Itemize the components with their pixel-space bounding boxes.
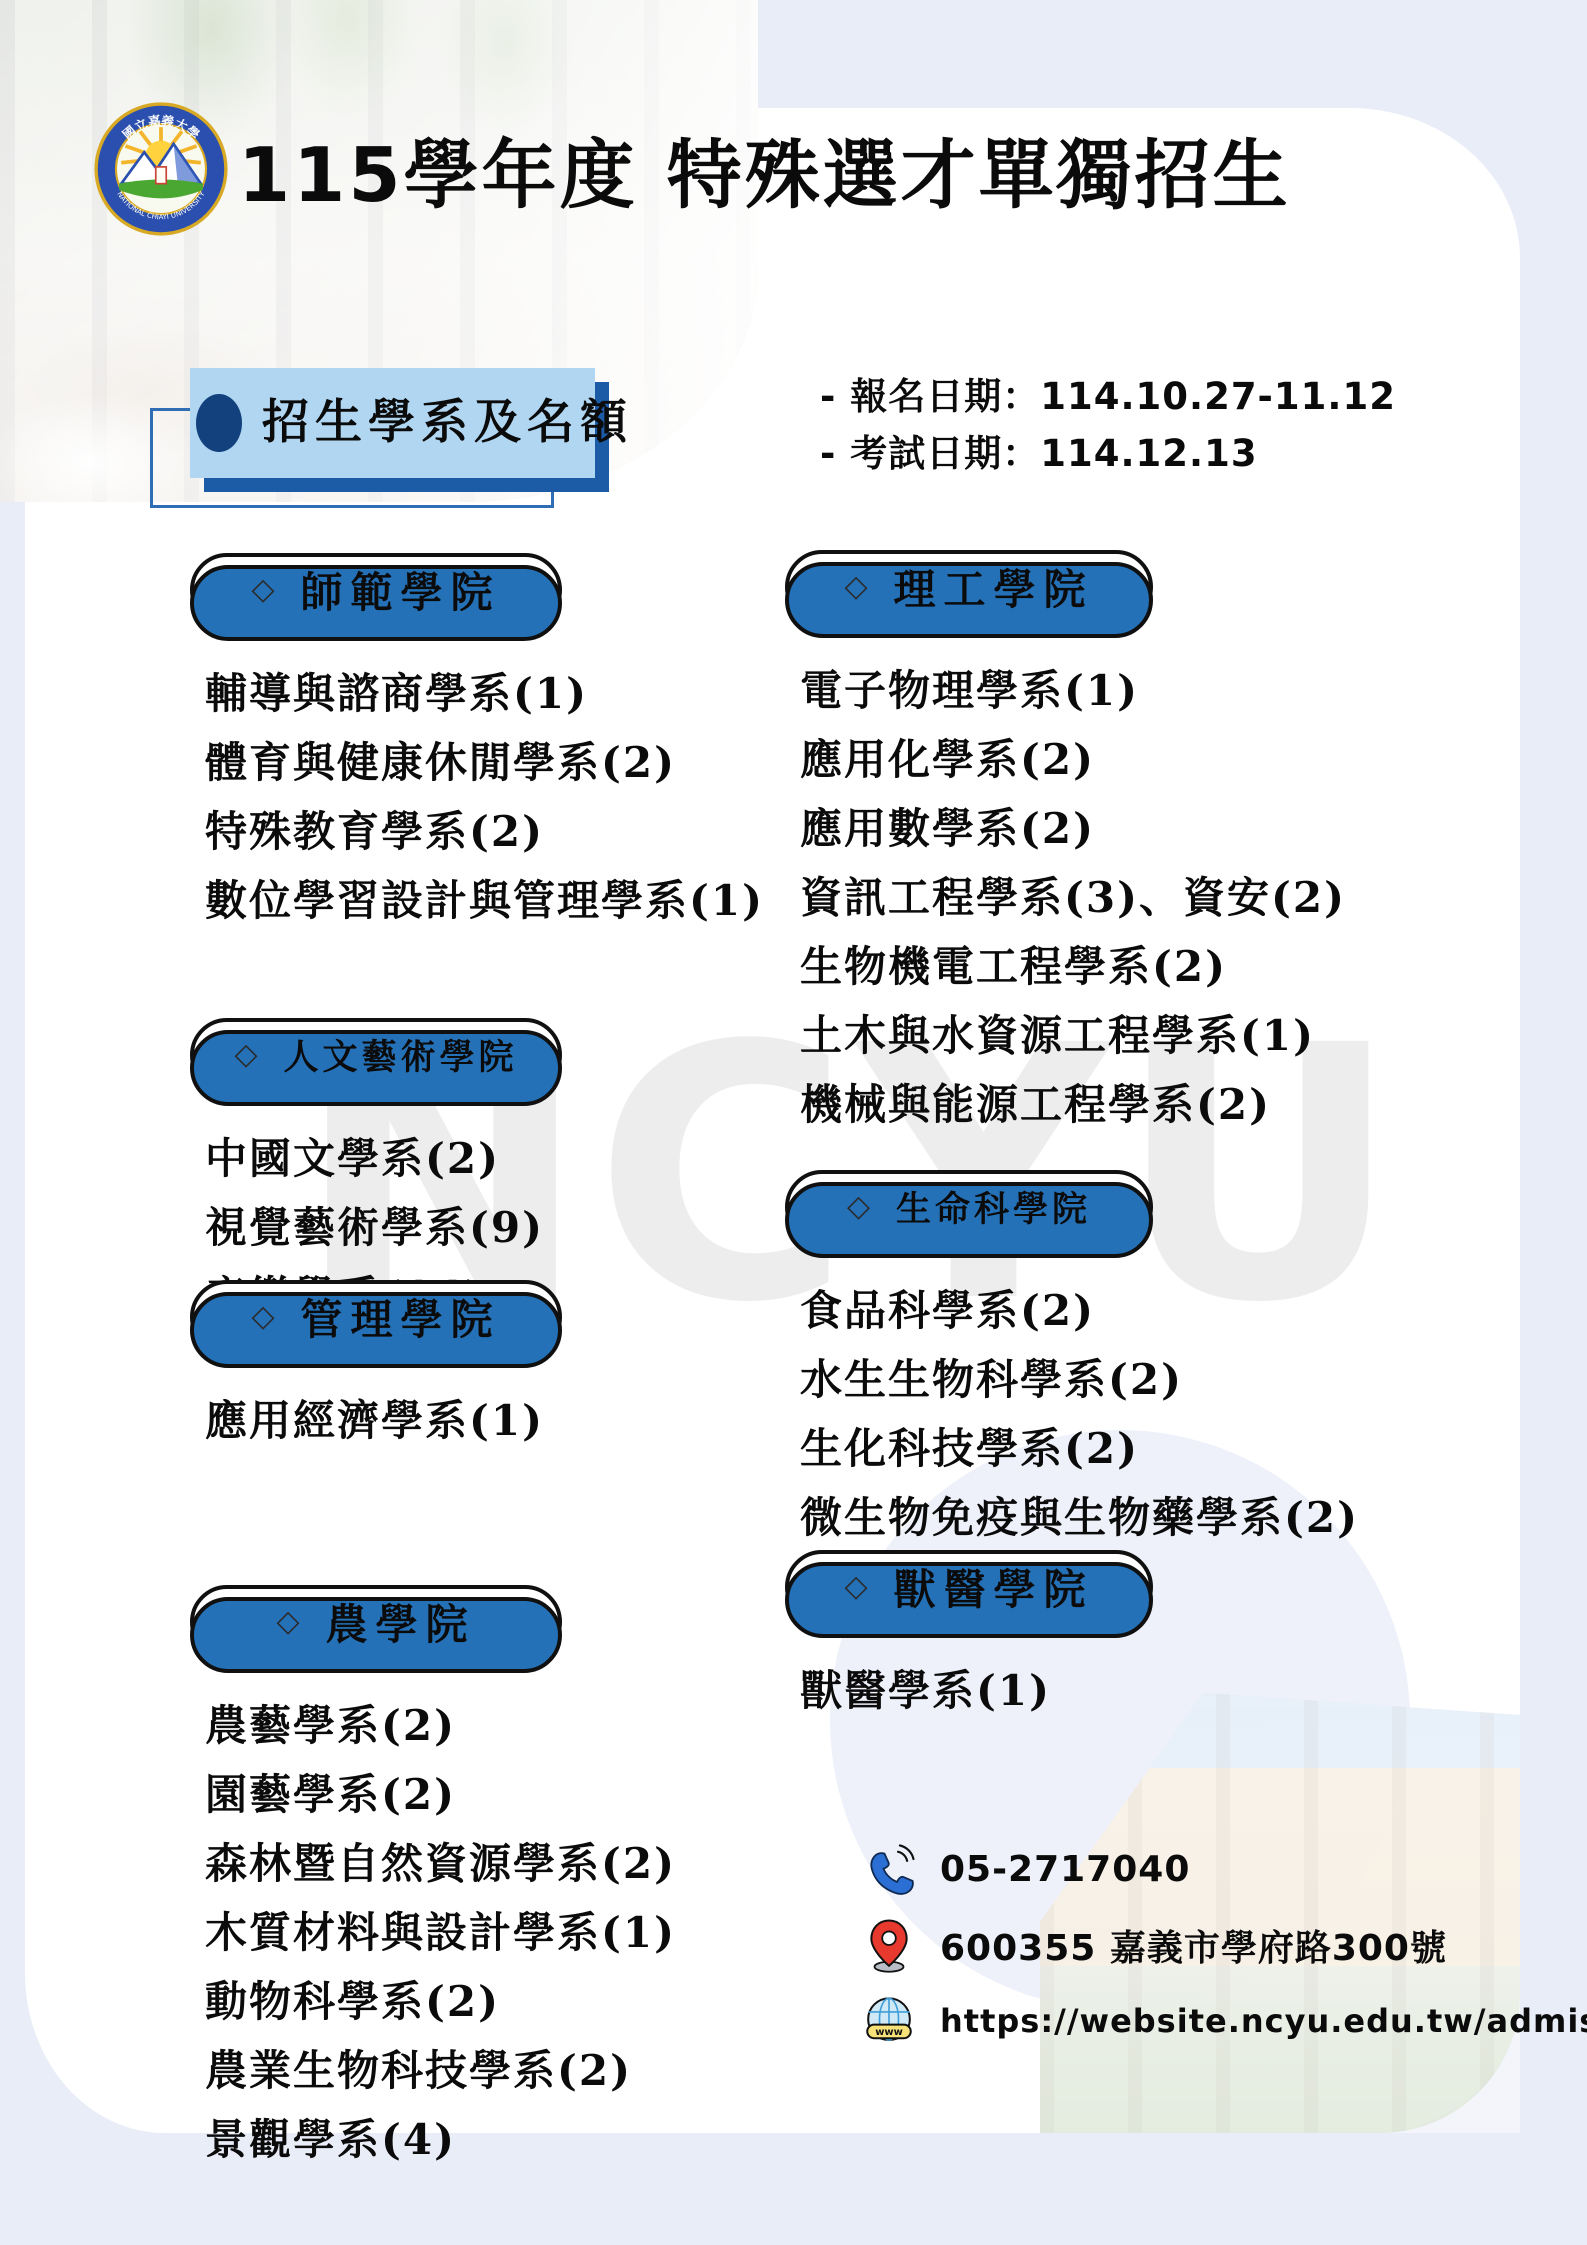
department-item: 土木與水資源工程學系(1) (800, 1001, 1435, 1070)
department-list: 電子物理學系(1)應用化學系(2)應用數學系(2)資訊工程學系(3)、資安(2)… (800, 656, 1435, 1139)
department-item: 機械與能源工程學系(2) (800, 1070, 1435, 1139)
diamond-icon: ◇ (276, 1607, 299, 1637)
department-list: 食品科學系(2)水生生物科學系(2)生化科技學系(2)微生物免疫與生物藥學系(2… (800, 1276, 1435, 1552)
diamond-icon: ◇ (844, 572, 867, 602)
diamond-icon: ◇ (844, 1572, 867, 1602)
department-item: 木質材料與設計學系(1) (205, 1898, 790, 1967)
address-row: 600355 嘉義市學府路300號 (860, 1916, 1587, 1974)
department-item: 特殊教育學系(2) (205, 797, 790, 866)
diamond-icon: ◇ (847, 1192, 870, 1222)
department-item: 生化科技學系(2) (800, 1414, 1435, 1483)
department-list: 農藝學系(2)園藝學系(2)森林暨自然資源學系(2)木質材料與設計學系(1)動物… (205, 1691, 790, 2174)
department-item: 農業生物科技學系(2) (205, 2036, 790, 2105)
college-name: 師範學院 (301, 560, 501, 620)
www-label: www (875, 2027, 903, 2038)
department-item: 水生生物科學系(2) (800, 1345, 1435, 1414)
department-item: 體育與健康休閒學系(2) (205, 728, 790, 797)
college-section: ◇ 生命科學院 食品科學系(2)水生生物科學系(2)生化科技學系(2)微生物免疫… (785, 1170, 1435, 1552)
department-item: 獸醫學系(1) (800, 1656, 1435, 1725)
website-url[interactable]: https://website.ncyu.edu.tw/admission (940, 2002, 1587, 2040)
contact-info: 05-2717040 600355 嘉義市學府路300號 www https:/… (860, 1840, 1587, 2050)
phone-icon (860, 1840, 918, 1898)
address: 600355 嘉義市學府路300號 (940, 1920, 1447, 1971)
college-pill: ◇ 管理學院 (190, 1280, 562, 1354)
dates-block: - 報名日期：114.10.27-11.12 - 考試日期：114.12.13 (820, 368, 1396, 482)
college-section: ◇ 獸醫學院 獸醫學系(1) (785, 1550, 1435, 1725)
department-item: 輔導與諮商學系(1) (205, 659, 790, 728)
college-pill: ◇ 農學院 (190, 1585, 562, 1659)
globe-www-icon: www (860, 1992, 918, 2050)
location-pin-icon (860, 1916, 918, 1974)
department-item: 景觀學系(4) (205, 2105, 790, 2174)
university-seal-icon: 國立嘉義大學 NATIONAL CHIAYI UNIVERSITY (94, 102, 228, 236)
department-item: 園藝學系(2) (205, 1760, 790, 1829)
college-section: ◇ 師範學院 輔導與諮商學系(1)體育與健康休閒學系(2)特殊教育學系(2)數位… (190, 553, 790, 935)
website-row[interactable]: www https://website.ncyu.edu.tw/admissio… (860, 1992, 1587, 2050)
admission-poster: NCYU 國立嘉義大學 NA (0, 0, 1587, 2245)
phone-row: 05-2717040 (860, 1840, 1587, 1898)
diamond-icon: ◇ (251, 1302, 274, 1332)
application-date: - 報名日期：114.10.27-11.12 (820, 368, 1396, 425)
department-item: 應用數學系(2) (800, 794, 1435, 863)
page-title: 115學年度 特殊選才單獨招生 (238, 116, 1291, 223)
section-badge: 招生學系及名額 (190, 368, 595, 478)
college-name: 農學院 (326, 1592, 476, 1652)
college-section: ◇ 農學院 農藝學系(2)園藝學系(2)森林暨自然資源學系(2)木質材料與設計學… (190, 1585, 790, 2174)
department-item: 微生物免疫與生物藥學系(2) (800, 1483, 1435, 1552)
department-item: 電子物理學系(1) (800, 656, 1435, 725)
department-list: 輔導與諮商學系(1)體育與健康休閒學系(2)特殊教育學系(2)數位學習設計與管理… (205, 659, 790, 935)
college-pill: ◇ 生命科學院 (785, 1170, 1153, 1244)
badge-label: 招生學系及名額 (190, 368, 595, 478)
college-pill: ◇ 獸醫學院 (785, 1550, 1153, 1624)
college-pill: ◇ 理工學院 (785, 550, 1153, 624)
department-item: 應用經濟學系(1) (205, 1386, 790, 1455)
department-list: 應用經濟學系(1) (205, 1386, 790, 1455)
department-item: 森林暨自然資源學系(2) (205, 1829, 790, 1898)
department-item: 視覺藝術學系(9) (205, 1193, 790, 1262)
diamond-icon: ◇ (234, 1040, 257, 1070)
bullet-dot (196, 394, 242, 452)
college-name: 管理學院 (301, 1287, 501, 1347)
college-section: ◇ 管理學院 應用經濟學系(1) (190, 1280, 790, 1455)
department-item: 生物機電工程學系(2) (800, 932, 1435, 1001)
exam-date: - 考試日期：114.12.13 (820, 425, 1396, 482)
department-item: 動物科學系(2) (205, 1967, 790, 2036)
department-list: 獸醫學系(1) (800, 1656, 1435, 1725)
college-pill: ◇ 師範學院 (190, 553, 562, 627)
phone-number: 05-2717040 (940, 1849, 1190, 1890)
college-pill: ◇ 人文藝術學院 (190, 1018, 562, 1092)
department-item: 中國文學系(2) (205, 1124, 790, 1193)
department-item: 應用化學系(2) (800, 725, 1435, 794)
department-item: 資訊工程學系(3)、資安(2) (800, 863, 1435, 932)
college-name: 獸醫學院 (894, 1557, 1094, 1617)
diamond-icon: ◇ (251, 575, 274, 605)
department-item: 食品科學系(2) (800, 1276, 1435, 1345)
college-name: 理工學院 (894, 557, 1094, 617)
university-logo: 國立嘉義大學 NATIONAL CHIAYI UNIVERSITY (94, 102, 228, 236)
department-item: 農藝學系(2) (205, 1691, 790, 1760)
college-section: ◇ 理工學院 電子物理學系(1)應用化學系(2)應用數學系(2)資訊工程學系(3… (785, 550, 1435, 1139)
department-item: 數位學習設計與管理學系(1) (205, 866, 790, 935)
college-name: 生命科學院 (896, 1182, 1091, 1232)
college-name: 人文藝術學院 (284, 1030, 518, 1080)
